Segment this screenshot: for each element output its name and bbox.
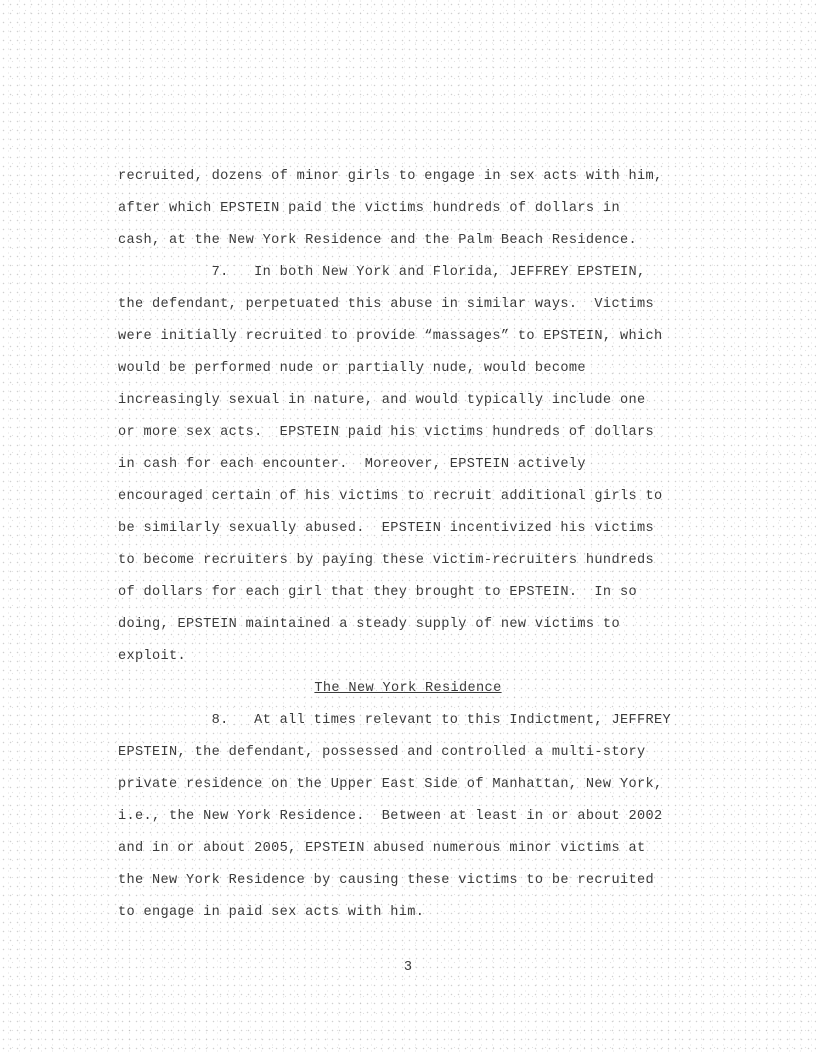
text-line: in cash for each encounter. Moreover, EP… [118, 455, 586, 475]
text-line: i.e., the New York Residence. Between at… [118, 807, 662, 827]
text-line: recruited, dozens of minor girls to enga… [118, 167, 662, 187]
text-line: private residence on the Upper East Side… [118, 775, 662, 795]
document-page: recruited, dozens of minor girls to enga… [0, 0, 816, 1056]
text-line: or more sex acts. EPSTEIN paid his victi… [118, 423, 654, 443]
text-line: and in or about 2005, EPSTEIN abused num… [118, 839, 645, 859]
text-line: increasingly sexual in nature, and would… [118, 391, 645, 411]
text-line: doing, EPSTEIN maintained a steady suppl… [118, 615, 620, 635]
text-line: the New York Residence by causing these … [118, 871, 654, 891]
section-heading: The New York Residence [0, 679, 816, 699]
text-line: be similarly sexually abused. EPSTEIN in… [118, 519, 654, 539]
text-line: encouraged certain of his victims to rec… [118, 487, 662, 507]
text-line: would be performed nude or partially nud… [118, 359, 586, 379]
text-line: 8. At all times relevant to this Indictm… [118, 711, 671, 731]
text-line: exploit. [118, 647, 186, 667]
text-line: EPSTEIN, the defendant, possessed and co… [118, 743, 645, 763]
text-line: of dollars for each girl that they broug… [118, 583, 637, 603]
page-number: 3 [0, 958, 816, 978]
text-line: were initially recruited to provide “mas… [118, 327, 662, 347]
text-line: the defendant, perpetuated this abuse in… [118, 295, 654, 315]
text-line: to engage in paid sex acts with him. [118, 903, 424, 923]
text-line: 7. In both New York and Florida, JEFFREY… [118, 263, 645, 283]
text-line: to become recruiters by paying these vic… [118, 551, 654, 571]
text-line: cash, at the New York Residence and the … [118, 231, 637, 251]
text-line: after which EPSTEIN paid the victims hun… [118, 199, 620, 219]
